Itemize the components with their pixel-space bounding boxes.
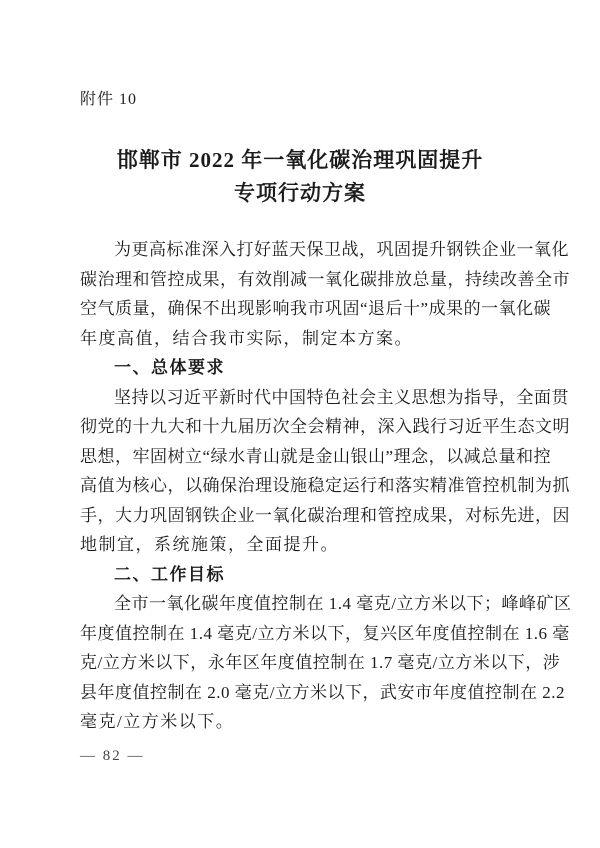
paragraph-line: 地制宜，系统施策，全面提升。 bbox=[80, 530, 520, 560]
page-number: — 82 — bbox=[80, 748, 145, 765]
paragraph-line: 毫克/立方米以下。 bbox=[80, 707, 520, 737]
paragraph-line: 碳治理和管控成果，有效削减一氧化碳排放总量，持续改善全市 bbox=[80, 265, 520, 295]
paragraph-line: 手，大力巩固钢铁企业一氧化碳治理和管控成果，对标先进，因 bbox=[80, 501, 520, 531]
paragraph-line: 年度值控制在 1.4 毫克/立方米以下，复兴区年度值控制在 1.6 毫 bbox=[80, 619, 520, 649]
document-page: 附件 10 邯郸市 2022 年一氧化碳治理巩固提升 专项行动方案 为更高标准深… bbox=[0, 0, 600, 848]
paragraph-line: 全市一氧化碳年度值控制在 1.4 毫克/立方米以下；峰峰矿区 bbox=[80, 589, 520, 619]
paragraph-line: 年度高值，结合我市实际，制定本方案。 bbox=[80, 324, 520, 354]
paragraph-line: 县年度值控制在 2.0 毫克/立方米以下，武安市年度值控制在 2.2 bbox=[80, 678, 520, 708]
document-title-line1: 邯郸市 2022 年一氧化碳治理巩固提升 bbox=[80, 144, 520, 177]
section-work-targets: 二、工作目标 全市一氧化碳年度值控制在 1.4 毫克/立方米以下；峰峰矿区 年度… bbox=[80, 560, 520, 737]
intro-paragraph: 为更高标准深入打好蓝天保卫战，巩固提升钢铁企业一氧化 碳治理和管控成果，有效削减… bbox=[80, 235, 520, 353]
paragraph-line: 为更高标准深入打好蓝天保卫战，巩固提升钢铁企业一氧化 bbox=[80, 235, 520, 265]
section-heading: 二、工作目标 bbox=[80, 560, 520, 590]
section-heading: 一、总体要求 bbox=[80, 353, 520, 383]
paragraph-line: 彻党的十九大和十九届历次全会精神，深入践行习近平生态文明 bbox=[80, 412, 520, 442]
paragraph-line: 坚持以习近平新时代中国特色社会主义思想为指导，全面贯 bbox=[80, 383, 520, 413]
section-overall-requirements: 一、总体要求 坚持以习近平新时代中国特色社会主义思想为指导，全面贯 彻党的十九大… bbox=[80, 353, 520, 560]
paragraph-line: 克/立方米以下，永年区年度值控制在 1.7 毫克/立方米以下，涉 bbox=[80, 648, 520, 678]
document-title: 邯郸市 2022 年一氧化碳治理巩固提升 专项行动方案 bbox=[80, 144, 520, 210]
attachment-label: 附件 10 bbox=[80, 90, 520, 110]
page-content: 附件 10 邯郸市 2022 年一氧化碳治理巩固提升 专项行动方案 为更高标准深… bbox=[80, 0, 520, 737]
paragraph-line: 空气质量，确保不出现影响我市巩固“退后十”成果的一氧化碳 bbox=[80, 294, 520, 324]
document-title-line2: 专项行动方案 bbox=[80, 177, 520, 210]
paragraph-line: 思想，牢固树立“绿水青山就是金山银山”理念，以减总量和控 bbox=[80, 442, 520, 472]
paragraph-line: 高值为核心，以确保治理设施稳定运行和落实精准管控机制为抓 bbox=[80, 471, 520, 501]
